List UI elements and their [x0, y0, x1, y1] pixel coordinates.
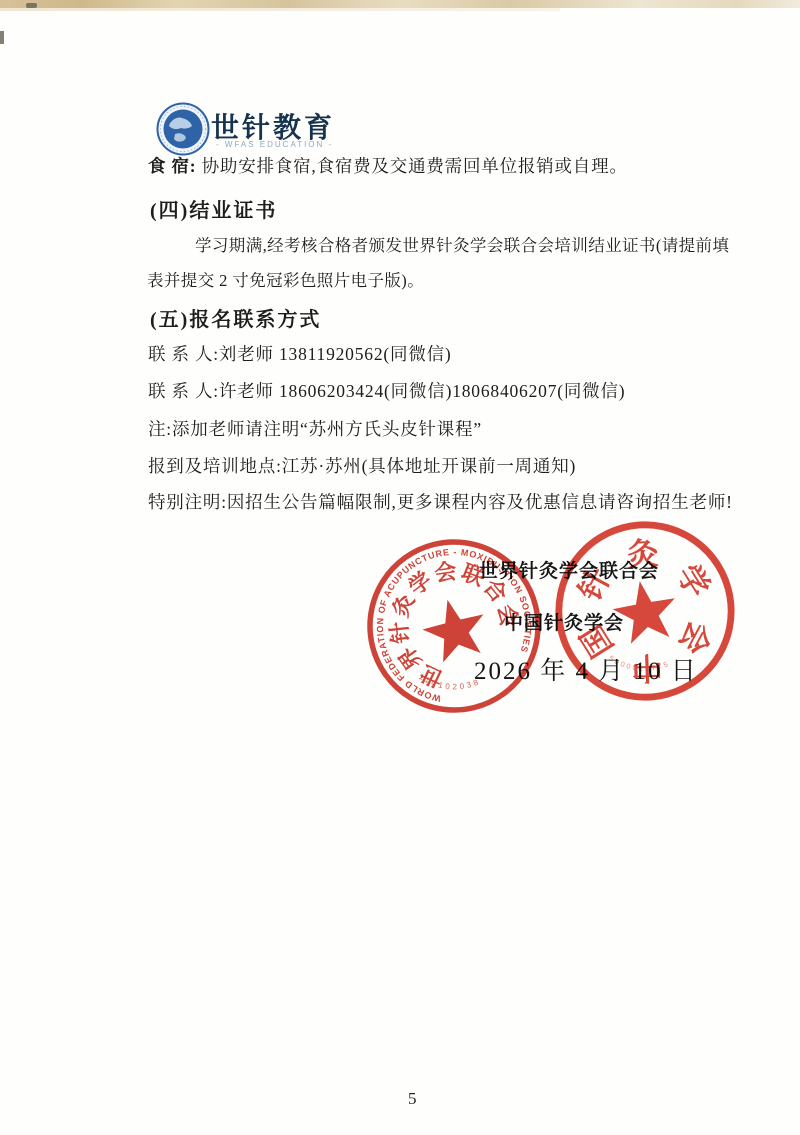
section4-line2: 表并提交 2 寸免冠彩色照片电子版)。 — [147, 267, 424, 291]
section4-line1: 学习期满,经考核合格者颁发世界针灸学会联合会培训结业证书(请提前填 — [195, 232, 729, 256]
cams-seal: 针 灸 学 会 中 国 5000015775 — [537, 503, 752, 718]
document-page: 世针教育 - WFAS EDUCATION - 食 宿: 协助安排食宿,食宿费及… — [0, 0, 800, 1135]
seal-char: 学 — [670, 559, 716, 604]
contact-line-2: 联 系 人:许老师 18606203424(同微信)18068406207(同微… — [148, 378, 625, 403]
page-number: 5 — [408, 1089, 417, 1109]
scan-edge-artifact — [0, 0, 800, 8]
note-line: 注:添加老师请注明“苏州方氏头皮针课程” — [148, 416, 482, 441]
star-icon — [609, 576, 682, 646]
star-icon — [417, 592, 492, 665]
meal-line: 食 宿: 协助安排食宿,食宿费及交通费需回单位报销或自理。 — [148, 153, 628, 178]
section5-title: (五)报名联系方式 — [150, 303, 321, 332]
globe-icon — [156, 102, 210, 156]
scan-speck — [0, 31, 4, 44]
seal-char: 会 — [672, 615, 718, 659]
scan-edge-artifact-2 — [0, 8, 560, 11]
seal-char: 灸 — [627, 536, 660, 572]
section4-title: (四)结业证书 — [150, 194, 277, 223]
location-line: 报到及培训地点:江苏·苏州(具体地址开课前一周通知) — [148, 453, 576, 478]
scan-speck — [26, 3, 37, 8]
brand-subtitle: - WFAS EDUCATION - — [216, 140, 333, 149]
special-note-line: 特别注明:因招生公告篇幅限制,更多课程内容及优惠信息请咨询招生老师! — [148, 489, 733, 514]
seal-char: 针 — [572, 562, 618, 606]
wfas-seal: WORLD FEDERATION OF ACUPUNCTURE - MOXIBU… — [345, 517, 563, 735]
meal-label: 食 宿: — [148, 156, 196, 176]
contact-line-1: 联 系 人:刘老师 13811920562(同微信) — [148, 341, 452, 366]
meal-text: 协助安排食宿,食宿费及交通费需回单位报销或自理。 — [202, 156, 628, 176]
